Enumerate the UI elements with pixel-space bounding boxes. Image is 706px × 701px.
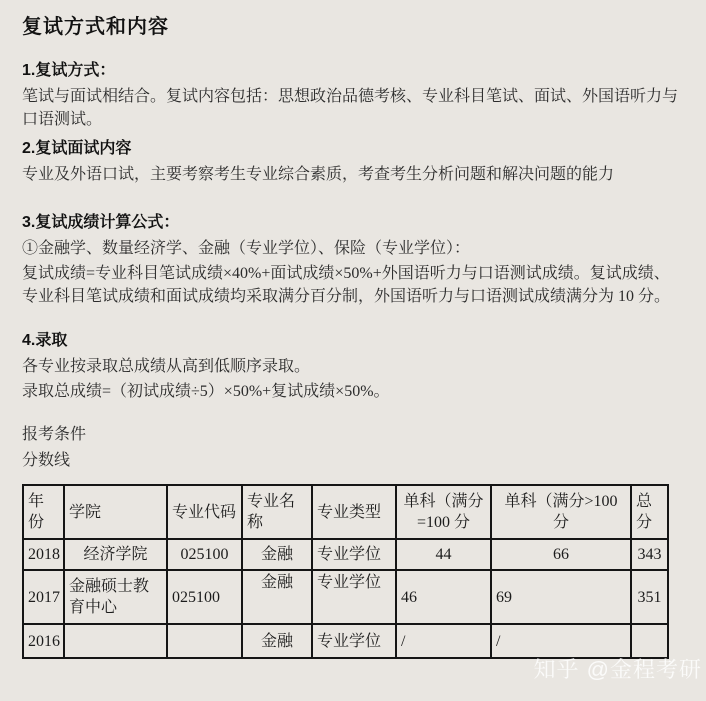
score-line-table: 年份 学院 专业代码 专业名称 专业类型 单科（满分=100 分 单科（满分>1… (22, 484, 669, 659)
cell-major-name: 金融 (242, 570, 312, 624)
section-admission: 4.录取 各专业按录取总成绩从高到低顺序录取。 录取总成绩=（初试成绩÷5）×5… (22, 330, 684, 403)
cell-year: 2017 (23, 570, 64, 624)
cell-major-type: 专业学位 (312, 539, 396, 570)
header-major-code: 专业代码 (167, 485, 242, 539)
cell-major-code: 025100 (167, 539, 242, 570)
header-total-score: 总分 (631, 485, 668, 539)
section-score-formula: 3.复试成绩计算公式： ①金融学、数量经济学、金融（专业学位）、保险（专业学位）… (22, 212, 684, 308)
cell-single-over-100: / (491, 624, 631, 658)
section-interview-content: 2.复试面试内容 专业及外语口试，主要考察考生专业综合素质，考查考生分析问题和解… (22, 138, 684, 186)
table-row-2016: 2016 金融 专业学位 / / (23, 624, 668, 658)
cell-major-code (167, 624, 242, 658)
cell-total (631, 624, 668, 658)
section-4-paragraph-total: 录取总成绩=（初试成绩÷5）×50%+复试成绩×50%。 (22, 380, 684, 403)
cell-year: 2016 (23, 624, 64, 658)
section-4-paragraph-order: 各专业按录取总成绩从高到低顺序录取。 (22, 355, 684, 378)
cell-major-type: 专业学位 (312, 570, 396, 624)
cell-total: 351 (631, 570, 668, 624)
section-4-heading: 4.录取 (22, 330, 684, 351)
section-2-paragraph: 专业及外语口试，主要考察考生专业综合素质，考查考生分析问题和解决问题的能力 (22, 163, 684, 186)
section-3-heading: 3.复试成绩计算公式： (22, 212, 684, 233)
table-row-2017: 2017 金融硕士教育中心 025100 金融 专业学位 46 69 351 (23, 570, 668, 624)
cell-single-over-100: 69 (491, 570, 631, 624)
document-page: 复试方式和内容 1.复试方式： 笔试与面试相结合。复试内容包括：思想政治品德考核… (0, 0, 706, 659)
cell-college (64, 624, 167, 658)
cell-major-name: 金融 (242, 539, 312, 570)
section-retest-method: 1.复试方式： 笔试与面试相结合。复试内容包括：思想政治品德考核、专业科目笔试、… (22, 60, 684, 131)
section-3-paragraph-majors: ①金融学、数量经济学、金融（专业学位）、保险（专业学位）： (22, 237, 684, 260)
cell-major-name: 金融 (242, 624, 312, 658)
section-1-paragraph: 笔试与面试相结合。复试内容包括：思想政治品德考核、专业科目笔试、面试、外国语听力… (22, 85, 684, 131)
cell-single-100: 44 (396, 539, 491, 570)
header-year: 年份 (23, 485, 64, 539)
section-2-heading: 2.复试面试内容 (22, 138, 684, 159)
header-college: 学院 (64, 485, 167, 539)
cell-total: 343 (631, 539, 668, 570)
cell-year: 2018 (23, 539, 64, 570)
label-application-conditions: 报考条件 (22, 423, 684, 446)
section-1-heading: 1.复试方式： (22, 60, 684, 81)
cell-single-100: / (396, 624, 491, 658)
header-major-type: 专业类型 (312, 485, 396, 539)
header-single-subject-100: 单科（满分=100 分 (396, 485, 491, 539)
label-score-line: 分数线 (22, 449, 684, 472)
cell-major-type: 专业学位 (312, 624, 396, 658)
cell-single-over-100: 66 (491, 539, 631, 570)
cell-single-100: 46 (396, 570, 491, 624)
table-row-2018: 2018 经济学院 025100 金融 专业学位 44 66 343 (23, 539, 668, 570)
page-title: 复试方式和内容 (22, 14, 684, 40)
header-single-subject-over-100: 单科（满分>100 分 (491, 485, 631, 539)
cell-college: 经济学院 (64, 539, 167, 570)
header-major-name: 专业名称 (242, 485, 312, 539)
cell-college: 金融硕士教育中心 (64, 570, 167, 624)
section-3-paragraph-formula: 复试成绩=专业科目笔试成绩×40%+面试成绩×50%+外国语听力与口语测试成绩。… (22, 262, 684, 308)
cell-major-code: 025100 (167, 570, 242, 624)
table-header-row: 年份 学院 专业代码 专业名称 专业类型 单科（满分=100 分 单科（满分>1… (23, 485, 668, 539)
